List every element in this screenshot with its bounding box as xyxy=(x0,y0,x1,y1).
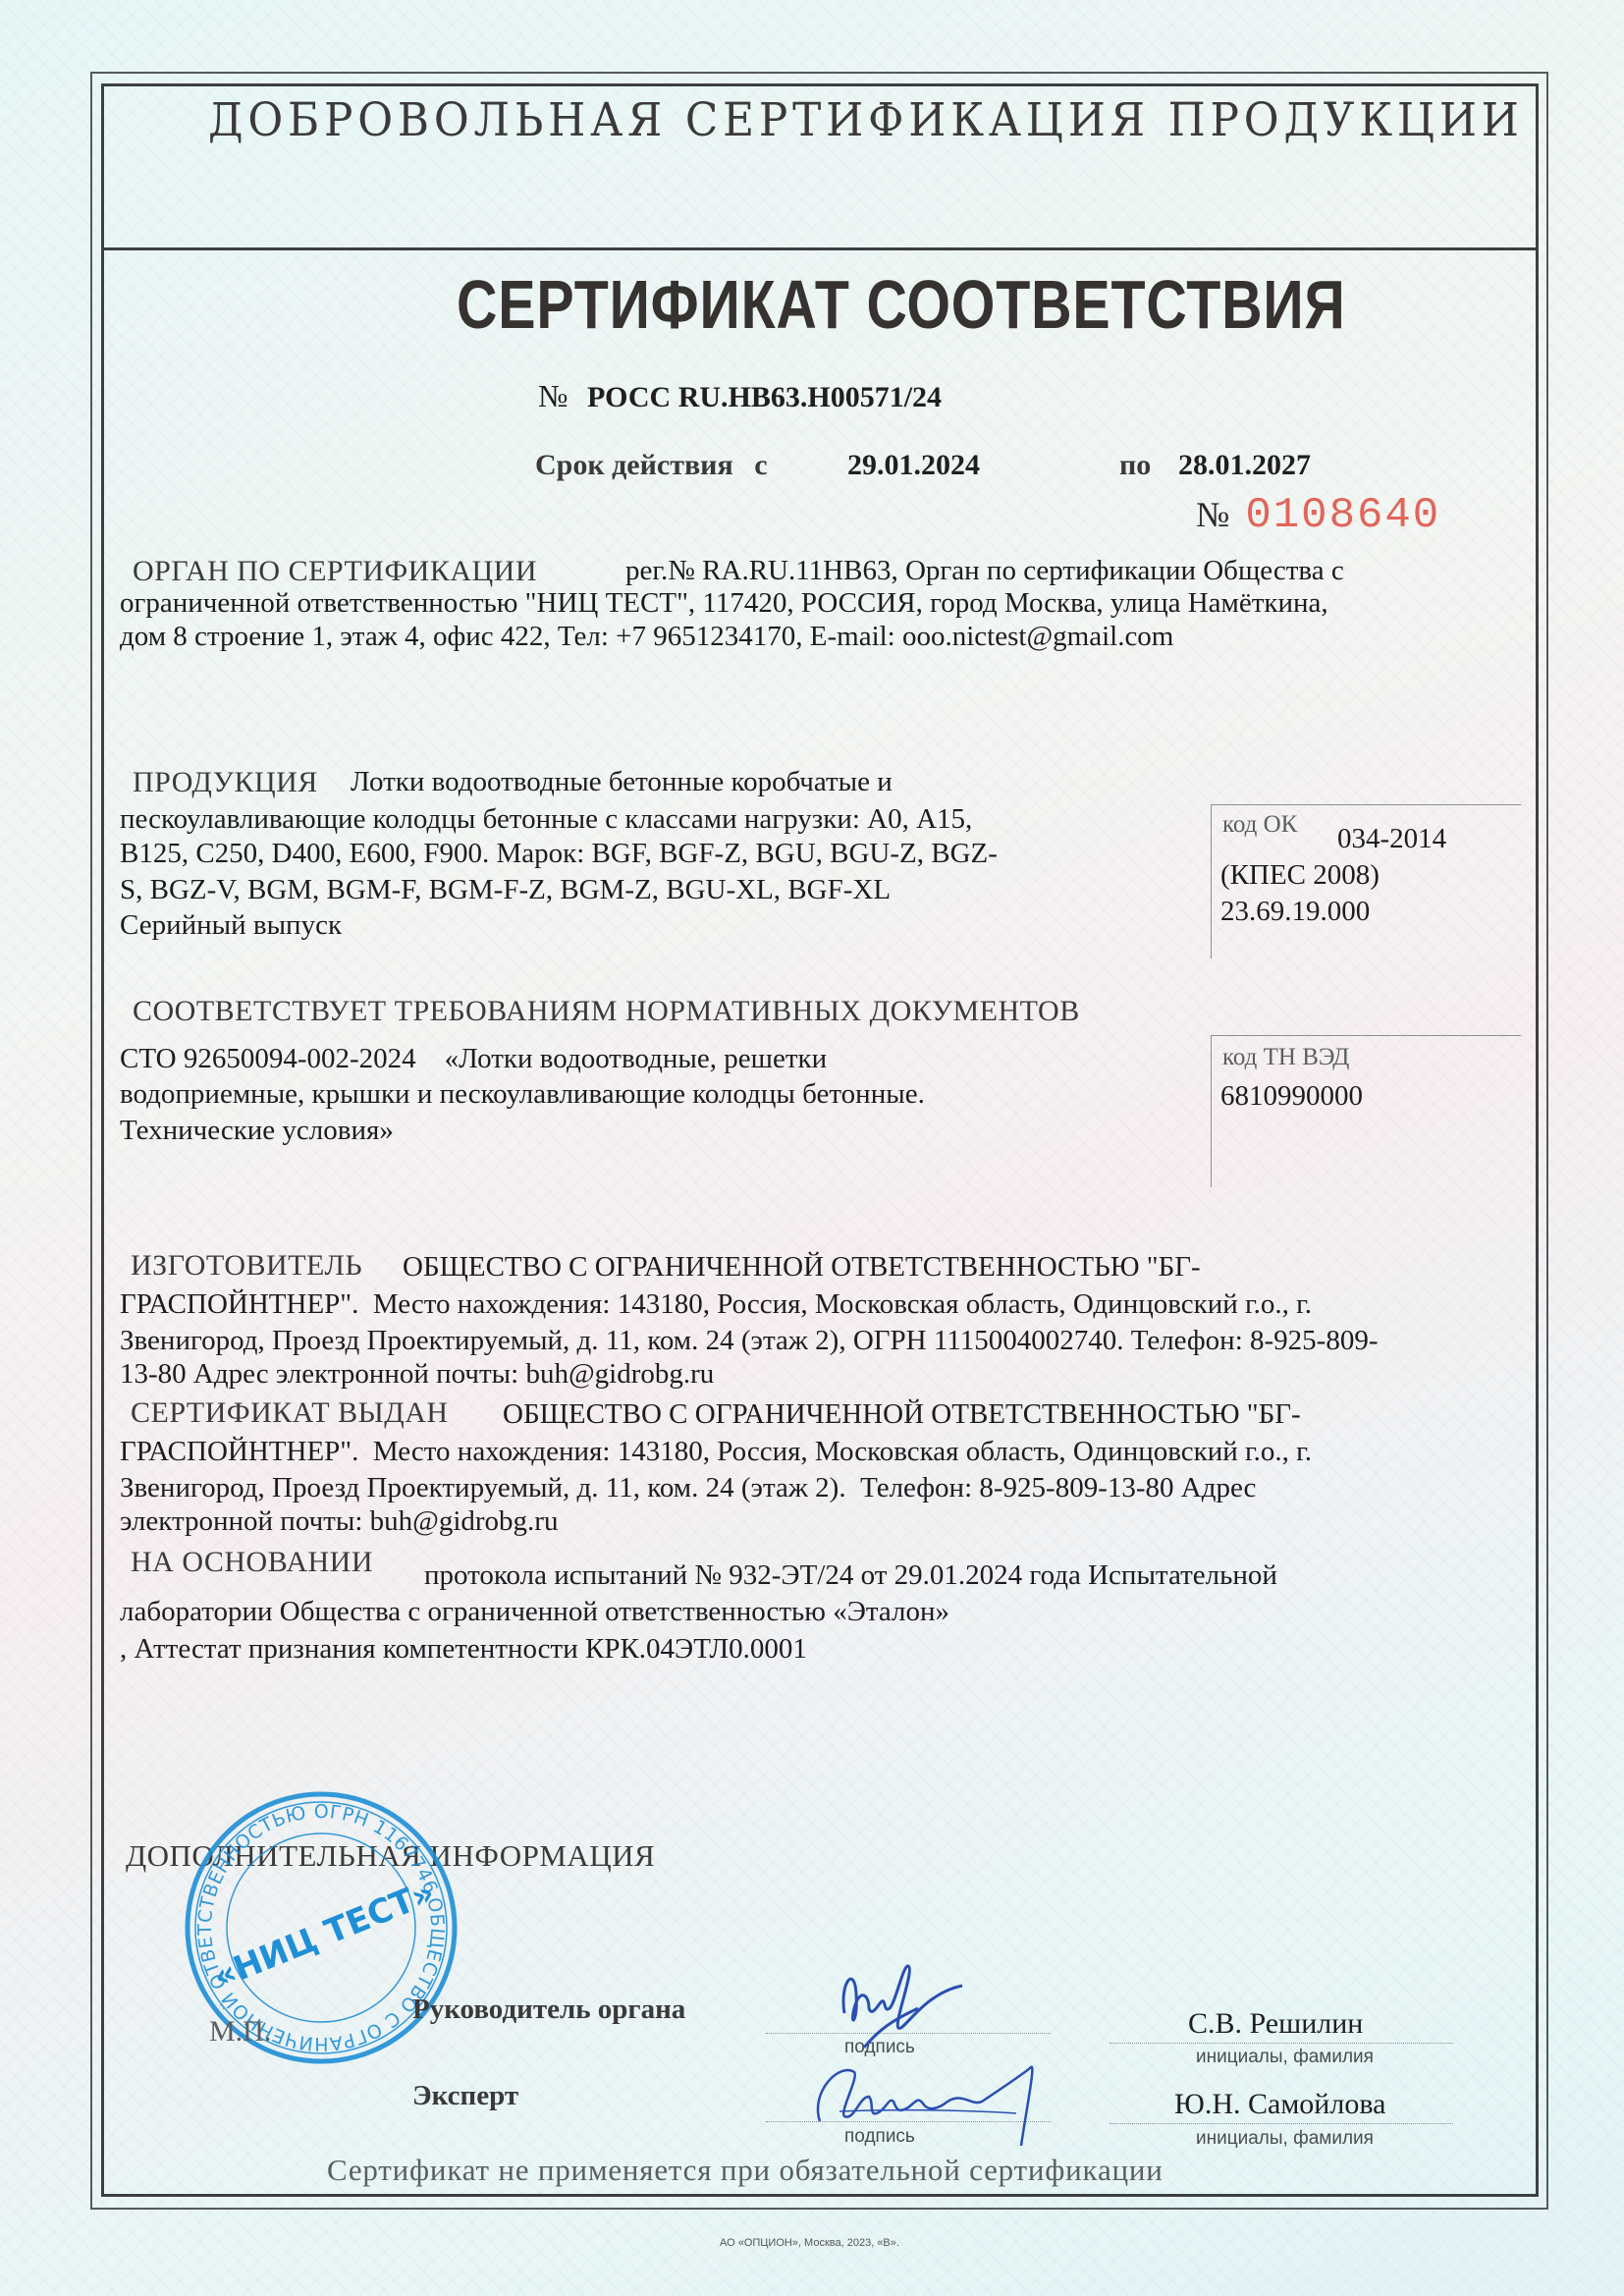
validity-from-label: с xyxy=(754,449,767,481)
compliance-line: СТО 92650094-002-2024 «Лотки водоотводны… xyxy=(120,1043,827,1075)
product-line: пескоулавливающие колодцы бетонные с кла… xyxy=(120,803,972,836)
code-ok-line: 034-2014 xyxy=(1337,823,1446,855)
manufacturer-line: ГРАСПОЙНТНЕР". Место нахождения: 143180,… xyxy=(120,1288,1312,1321)
validity-label-group: Срок действия с xyxy=(535,449,768,482)
manufacturer-line: Звенигород, Проезд Проектируемый, д. 11,… xyxy=(120,1325,1378,1357)
expert-signature-icon xyxy=(800,2052,1075,2160)
product-line: Лотки водоотводные бетонные коробчатые и xyxy=(351,766,893,798)
manufacturer-label: ИЗГОТОВИТЕЛЬ xyxy=(131,1249,362,1283)
head-name-caption: инициалы, фамилия xyxy=(1196,2047,1374,2068)
head-name: С.В. Решилин xyxy=(1188,2007,1363,2041)
product-label: ПРОДУКЦИЯ xyxy=(133,766,318,799)
printer-imprint: АО «ОПЦИОН», Москва, 2023, «В». xyxy=(720,2237,899,2249)
basis-line: лаборатории Общества с ограниченной отве… xyxy=(120,1596,949,1628)
certification-body-label: ОРГАН ПО СЕРТИФИКАЦИИ xyxy=(133,555,537,588)
seal-place-label: М.П. xyxy=(209,2015,271,2049)
compliance-line: водоприемные, крышки и пескоулавливающие… xyxy=(120,1078,925,1111)
validity-label: Срок действия xyxy=(535,449,733,481)
manufacturer-line: ОБЩЕСТВО С ОГРАНИЧЕННОЙ ОТВЕТСТВЕННОСТЬЮ… xyxy=(403,1251,1201,1284)
certificate-title: СЕРТИФИКАТ СООТВЕТСТВИЯ xyxy=(457,265,1346,344)
issued-to-label: СЕРТИФИКАТ ВЫДАН xyxy=(131,1396,449,1430)
product-line: Серийный выпуск xyxy=(120,909,342,942)
issued-to-line: Звенигород, Проезд Проектируемый, д. 11,… xyxy=(120,1472,1256,1504)
certification-body-line: рег.№ RA.RU.11НВ63, Орган по сертификаци… xyxy=(625,555,1344,587)
serial-number: 0108640 xyxy=(1245,491,1440,540)
code-tnved-label: код ТН ВЭД xyxy=(1222,1044,1349,1071)
basis-line: протокола испытаний № 932-ЭТ/24 от 29.01… xyxy=(424,1559,1277,1592)
code-tnved-value: 6810990000 xyxy=(1220,1080,1363,1113)
certification-body-line: дом 8 строение 1, этаж 4, офис 422, Тел:… xyxy=(120,621,1173,653)
compliance-label: СООТВЕТСТВУЕТ ТРЕБОВАНИЯМ НОРМАТИВНЫХ ДО… xyxy=(133,995,1080,1028)
product-line: В125, С250, D400, Е600, F900. Марок: BGF… xyxy=(120,838,998,870)
code-ok-label: код ОК xyxy=(1222,811,1297,839)
issued-to-line: ОБЩЕСТВО С ОГРАНИЧЕННОЙ ОТВЕТСТВЕННОСТЬЮ… xyxy=(503,1398,1301,1431)
number-sign: № xyxy=(538,378,568,413)
expert-name: Ю.Н. Самойлова xyxy=(1174,2088,1385,2121)
expert-role-label: Эксперт xyxy=(412,2080,518,2112)
valid-from-date: 29.01.2024 xyxy=(847,449,980,482)
certificate-number-line: № РОСС RU.НВ63.Н00571/24 xyxy=(538,378,942,414)
issued-to-line: электронной почты: buh@gidrobg.ru xyxy=(120,1505,558,1538)
manufacturer-line: 13-80 Адрес электронной почты: buh@gidro… xyxy=(120,1358,714,1391)
basis-label: НА ОСНОВАНИИ xyxy=(131,1546,373,1579)
basis-line: , Аттестат признания компетентности КРК.… xyxy=(120,1633,807,1666)
head-role-label: Руководитель органа xyxy=(412,1994,685,2026)
expert-name-caption: инициалы, фамилия xyxy=(1196,2128,1374,2150)
voluntary-certification-title: ДОБРОВОЛЬНАЯ СЕРТИФИКАЦИЯ ПРОДУКЦИИ xyxy=(208,93,1524,147)
code-ok-line: 23.69.19.000 xyxy=(1220,896,1370,928)
issued-to-line: ГРАСПОЙНТНЕР". Место нахождения: 143180,… xyxy=(120,1436,1312,1468)
head-name-line xyxy=(1110,2043,1453,2044)
voluntary-notice: Сертификат не применяется при обязательн… xyxy=(327,2153,1164,2188)
valid-to-date: 28.01.2027 xyxy=(1178,449,1311,482)
serial-number-sign: № xyxy=(1196,495,1229,534)
blank-serial-number: №0108640 xyxy=(1196,491,1440,540)
stamp-center-text: «НИЦ ТЕСТ» xyxy=(208,1873,440,1997)
certification-body-line: ограниченной ответственностью "НИЦ ТЕСТ"… xyxy=(120,587,1328,620)
compliance-line: Технические условия» xyxy=(120,1115,394,1147)
expert-name-line xyxy=(1110,2123,1453,2124)
header-divider xyxy=(101,247,1539,250)
head-signature-icon xyxy=(825,1954,1021,2062)
validity-to-label: по xyxy=(1119,449,1151,482)
code-ok-line: (КПЕС 2008) xyxy=(1220,859,1380,892)
certificate-number: РОСС RU.НВ63.Н00571/24 xyxy=(587,381,942,413)
product-line: S, BGZ-V, BGM, BGM-F, BGM-F-Z, BGM-Z, BG… xyxy=(120,874,891,906)
